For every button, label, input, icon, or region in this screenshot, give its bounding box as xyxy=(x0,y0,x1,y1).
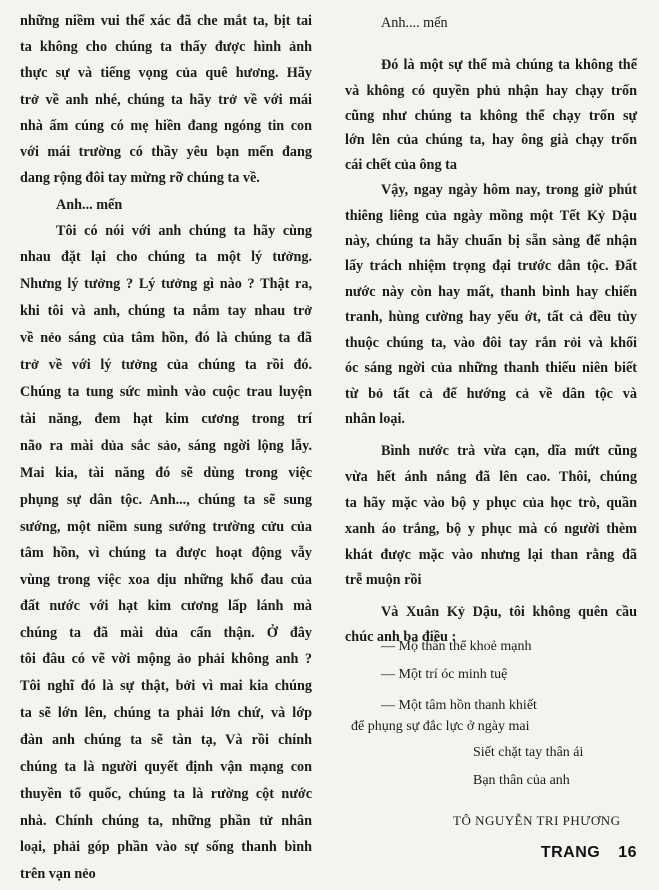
right-column-line: Anh.... mến xyxy=(381,14,637,32)
closing-line-1: Siết chặt tay thân ái xyxy=(473,744,583,762)
right-column-line: xanh áo trắng, bộ y phục mà có người thè… xyxy=(345,520,637,538)
left-column-line: dang rộng đôi tay mừng rỡ chúng ta về. xyxy=(20,169,312,187)
right-column-line: từ bỏ tất cả để hướng cả về dân tộc và xyxy=(345,385,637,403)
page-footer: TRANG16 xyxy=(541,844,637,862)
left-column-line: loại, phải góp phần vào sự sống thanh bì… xyxy=(20,838,312,856)
magazine-page: những niềm vui thể xác đã che mắt ta, bị… xyxy=(0,0,659,890)
left-column-line: đất nước với hạt kim cương lấp lánh mà xyxy=(20,597,312,615)
right-column-line: và không có quyền phủ nhận hay chạy trốn xyxy=(345,82,637,100)
right-column-line: vừa hết ánh nắng đã lên cao. Thôi, chúng xyxy=(345,468,637,486)
left-column-line: trở về với lý tưởng của chúng ta rồi đó. xyxy=(20,356,312,374)
left-column-line: thực sự và tiếng vọng của quê hương. Hãy xyxy=(20,64,312,82)
left-column-line: Mai kia, tài năng đó sẽ dùng trong việc xyxy=(20,464,312,482)
left-column-line: đàn anh chúng ta sẽ tàn tạ, Và rồi chính xyxy=(20,731,312,749)
left-column-line: tài năng, đem hạt kim cương trong trí xyxy=(20,410,312,428)
right-column-line: cái chết của ông ta xyxy=(345,156,637,174)
right-column-line: khát được mặc vào nhưng lại than rằng đã xyxy=(345,546,637,564)
left-column-line: sướng, một niềm sung sướng trường cửu củ… xyxy=(20,518,312,536)
left-column-line: chúng ta là người quyết định vận mạng co… xyxy=(20,758,312,776)
footer-label: TRANG xyxy=(541,844,600,861)
right-column-line: trễ muộn rồi xyxy=(345,571,637,589)
right-column-line: nước này còn hay mất, thanh bình hay chi… xyxy=(345,283,637,301)
left-column-line: nhà ấm cúng có mẹ hiền đang ngóng tin co… xyxy=(20,117,312,135)
right-column-line: lớn lên của chúng ta, hay ông già chạy t… xyxy=(345,131,637,149)
left-column-line: tôi đâu có vẽ vời mộng ảo phải không anh… xyxy=(20,650,312,668)
right-column-line: chúc anh ba điều : xyxy=(345,628,637,646)
left-column-line: não ra mài dủa sắc sảo, sáng ngời lộng l… xyxy=(20,437,312,455)
right-column-line: Đó là một sự thể mà chúng ta không thể xyxy=(381,56,637,74)
left-column-line: trở về anh nhé, chúng ta hãy trở về với … xyxy=(20,91,312,109)
right-column-line: Và Xuân Kỷ Dậu, tôi không quên cầu xyxy=(381,603,637,621)
right-column-line: ta hãy mặc vào bộ y phục của học trò, qu… xyxy=(345,494,637,512)
left-column-line: về nẻo sáng của tâm hồn, đó là chúng ta … xyxy=(20,329,312,347)
left-column-line: tâm hồn, vì chúng ta được hoạt động vẫy xyxy=(20,544,312,562)
wish-tail: để phụng sự đắc lực ở ngày mai xyxy=(351,718,529,736)
right-column-line: lấy trách nhiệm trọng đại trước dân tộc.… xyxy=(345,257,637,275)
left-column-line: phụng sự dân tộc. Anh..., chúng ta sẽ su… xyxy=(20,491,312,509)
left-column-line: vùng trong việc xoa dịu những khổ đau củ… xyxy=(20,571,312,589)
right-column-line: thiêng liêng của ngày mồng một Tết Kỷ Dậ… xyxy=(345,207,637,225)
right-column-line: Vậy, ngay ngày hôm nay, trong giờ phút xyxy=(381,181,637,199)
left-column-line: ta không cho chúng ta thấy được hình ảnh xyxy=(20,38,312,56)
right-column-line: cũng như chúng ta không thể chạy trốn sự xyxy=(345,107,637,125)
left-column-line: Nhưng lý tưởng ? Lý tưởng gì nào ? Thật … xyxy=(20,275,312,293)
right-column-line: này, chúng ta hãy chuẩn bị sẵn sàng để n… xyxy=(345,232,637,250)
wish-3: — Một tâm hồn thanh khiết xyxy=(381,697,537,715)
left-column-line: nhau đặt lại cho chúng ta một lý tưởng. xyxy=(20,248,312,266)
left-column-line: thuyền tổ quốc, chúng ta là rường cột nư… xyxy=(20,785,312,803)
page-number: 16 xyxy=(618,844,637,861)
right-column-line: nhân loại. xyxy=(345,410,637,428)
left-column-line: trên vạn nẻo xyxy=(20,865,312,883)
right-column-line: Bình nước trà vừa cạn, dĩa mứt cũng xyxy=(381,442,637,460)
left-column-line: Chúng ta tung sức mình vào cuộc trau luy… xyxy=(20,383,312,401)
right-column-line: thuộc chúng ta, vào đôi tay rắn rỏi và k… xyxy=(345,334,637,352)
right-column-line: óc sáng ngời của những thanh thiếu niên … xyxy=(345,359,637,377)
left-column-line: khi tôi và anh, chúng ta nắm tay nhau tr… xyxy=(20,302,312,320)
wish-2: — Một trí óc minh tuệ xyxy=(381,666,507,684)
left-column-line: Tôi nghĩ đó là sự thật, bởi vì mai kia c… xyxy=(20,677,312,695)
left-column-line: Anh... mến xyxy=(56,196,312,214)
left-column-line: nhà. Chính chúng ta, những phần tử nhân xyxy=(20,812,312,830)
left-column-line: Tôi có nói với anh chúng ta hãy cùng xyxy=(56,222,312,240)
right-column-line: tranh, hùng cường hay yếu ớt, tất cả đều… xyxy=(345,308,637,326)
left-column-line: chúng ta đã mài dủa cẩn thận. Ở đây xyxy=(20,624,312,642)
left-column-line: những niềm vui thể xác đã che mắt ta, bị… xyxy=(20,12,312,30)
author-name: TÔ NGUYỄN TRI PHƯƠNG xyxy=(453,812,621,830)
left-column-line: với mái trường có thầy yêu bạn mến đang xyxy=(20,143,312,161)
closing-line-2: Bạn thân của anh xyxy=(473,772,570,790)
left-column-line: ta sẽ lớn lên, chúng ta phải lớn chứ, và… xyxy=(20,704,312,722)
